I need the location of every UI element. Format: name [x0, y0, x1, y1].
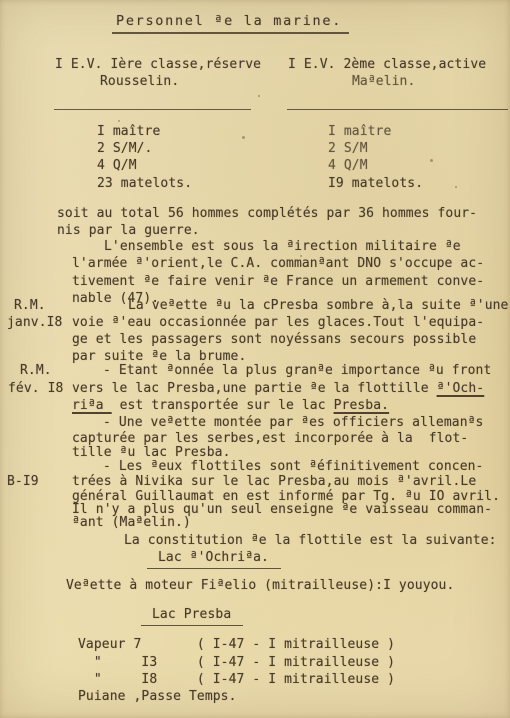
- crew-left-row: 2 S/M/.: [97, 141, 153, 157]
- paragraph-line: ªant (Maªelin.): [72, 515, 191, 531]
- section-heading-presba: Lac Presba: [141, 607, 243, 626]
- paragraph-line: La veªette ªu la cPresba sombre à,la sui…: [128, 298, 508, 314]
- page-title: Personnel ªe la marine.: [112, 13, 349, 34]
- paragraph-line: La constitution ªe la flottile est la su…: [124, 533, 497, 549]
- paragraph-line: - Etant ªonnée la plus granªe importance…: [103, 363, 491, 379]
- left-column-rule: [54, 109, 251, 110]
- presba-vessel-row: " I8 ( I-47 - I mitrailleuse ): [78, 672, 395, 688]
- right-column-rule: [287, 109, 508, 110]
- paragraph-text: est transportée sur le lac: [112, 398, 334, 413]
- presba-vessel-row: Puiane ,Passe Temps.: [78, 689, 237, 705]
- paragraph-line: voie ª'eau occasionnée par les glaces.To…: [72, 315, 484, 331]
- paragraph-line: vers le lac Presba,une partie ªe la flot…: [72, 381, 484, 397]
- underlined-text: Presba.: [334, 398, 390, 413]
- paragraph-line: - Une veªette montée par ªes officiers a…: [103, 415, 483, 431]
- margin-note-ref: R.M.: [14, 298, 46, 314]
- margin-note-date: fév. I8: [8, 381, 64, 397]
- section-heading-ochrida: Lac ª'Ochriªa.: [147, 550, 281, 569]
- paragraph-line: riªa est transportée sur le lac Presba.: [72, 398, 389, 414]
- ochrida-entry: Veªette à moteur Fiªelio (mitrailleuse):…: [66, 578, 454, 594]
- ink-speck: [242, 136, 245, 139]
- document-page: Personnel ªe la marine. I E.V. Ière clas…: [0, 0, 510, 718]
- crew-right-row: 4 Q/M: [328, 158, 368, 174]
- officer-right-rank: I E.V. 2ème classe,active: [288, 57, 486, 73]
- officer-left-rank: I E.V. Ière classe,réserve: [55, 57, 261, 73]
- paragraph-text: vers le lac Presba,une partie ªe la flot…: [72, 381, 437, 396]
- paragraph-line: - Les ªeux flottiles sont ªéfinitivement…: [103, 459, 483, 475]
- summary-line: soit au total 56 hommes complétés par 36…: [57, 206, 477, 222]
- presba-vessel-row: " I3 ( I-47 - I mitrailleuse ): [78, 655, 395, 671]
- paragraph-line: ge et les passagers sont noyéssans secou…: [72, 332, 476, 348]
- summary-line: tivement ªe faire venir ªe France un arm…: [72, 274, 484, 290]
- margin-note-ref: B-I9: [7, 474, 39, 490]
- ink-speck: [258, 95, 260, 97]
- crew-left-row: 23 matelots.: [97, 176, 192, 192]
- officer-right-name: Maªelin.: [352, 74, 415, 90]
- crew-right-row: I9 matelots.: [328, 176, 423, 192]
- crew-right-row: I maître: [328, 124, 391, 140]
- crew-left-row: 4 Q/M: [97, 158, 137, 174]
- ink-speck: [118, 120, 120, 122]
- crew-left-row: I maître: [97, 124, 160, 140]
- underlined-text: riªa: [72, 398, 112, 413]
- ink-speck: [300, 255, 302, 257]
- summary-line: nis par la guerre.: [57, 223, 200, 239]
- underlined-text: ª'Och-: [437, 381, 485, 396]
- margin-note-date: janv.I8: [7, 315, 63, 331]
- officer-left-name: Rousselin.: [100, 74, 179, 90]
- summary-line: L'ensemble est sous la ªirection militai…: [104, 239, 461, 255]
- paragraph-line: trées à Nivika sur le lac Presba,au mois…: [72, 474, 476, 490]
- margin-note-ref: R.M.: [20, 363, 52, 379]
- crew-right-row: 2 S/M: [328, 141, 368, 157]
- ink-speck: [455, 186, 457, 188]
- summary-line: l'armée ª'orient,le C.A. commanªant DNO …: [72, 256, 484, 272]
- ink-speck: [430, 159, 433, 162]
- presba-vessel-row: Vapeur 7 ( I-47 - I mitrailleuse ): [78, 637, 395, 653]
